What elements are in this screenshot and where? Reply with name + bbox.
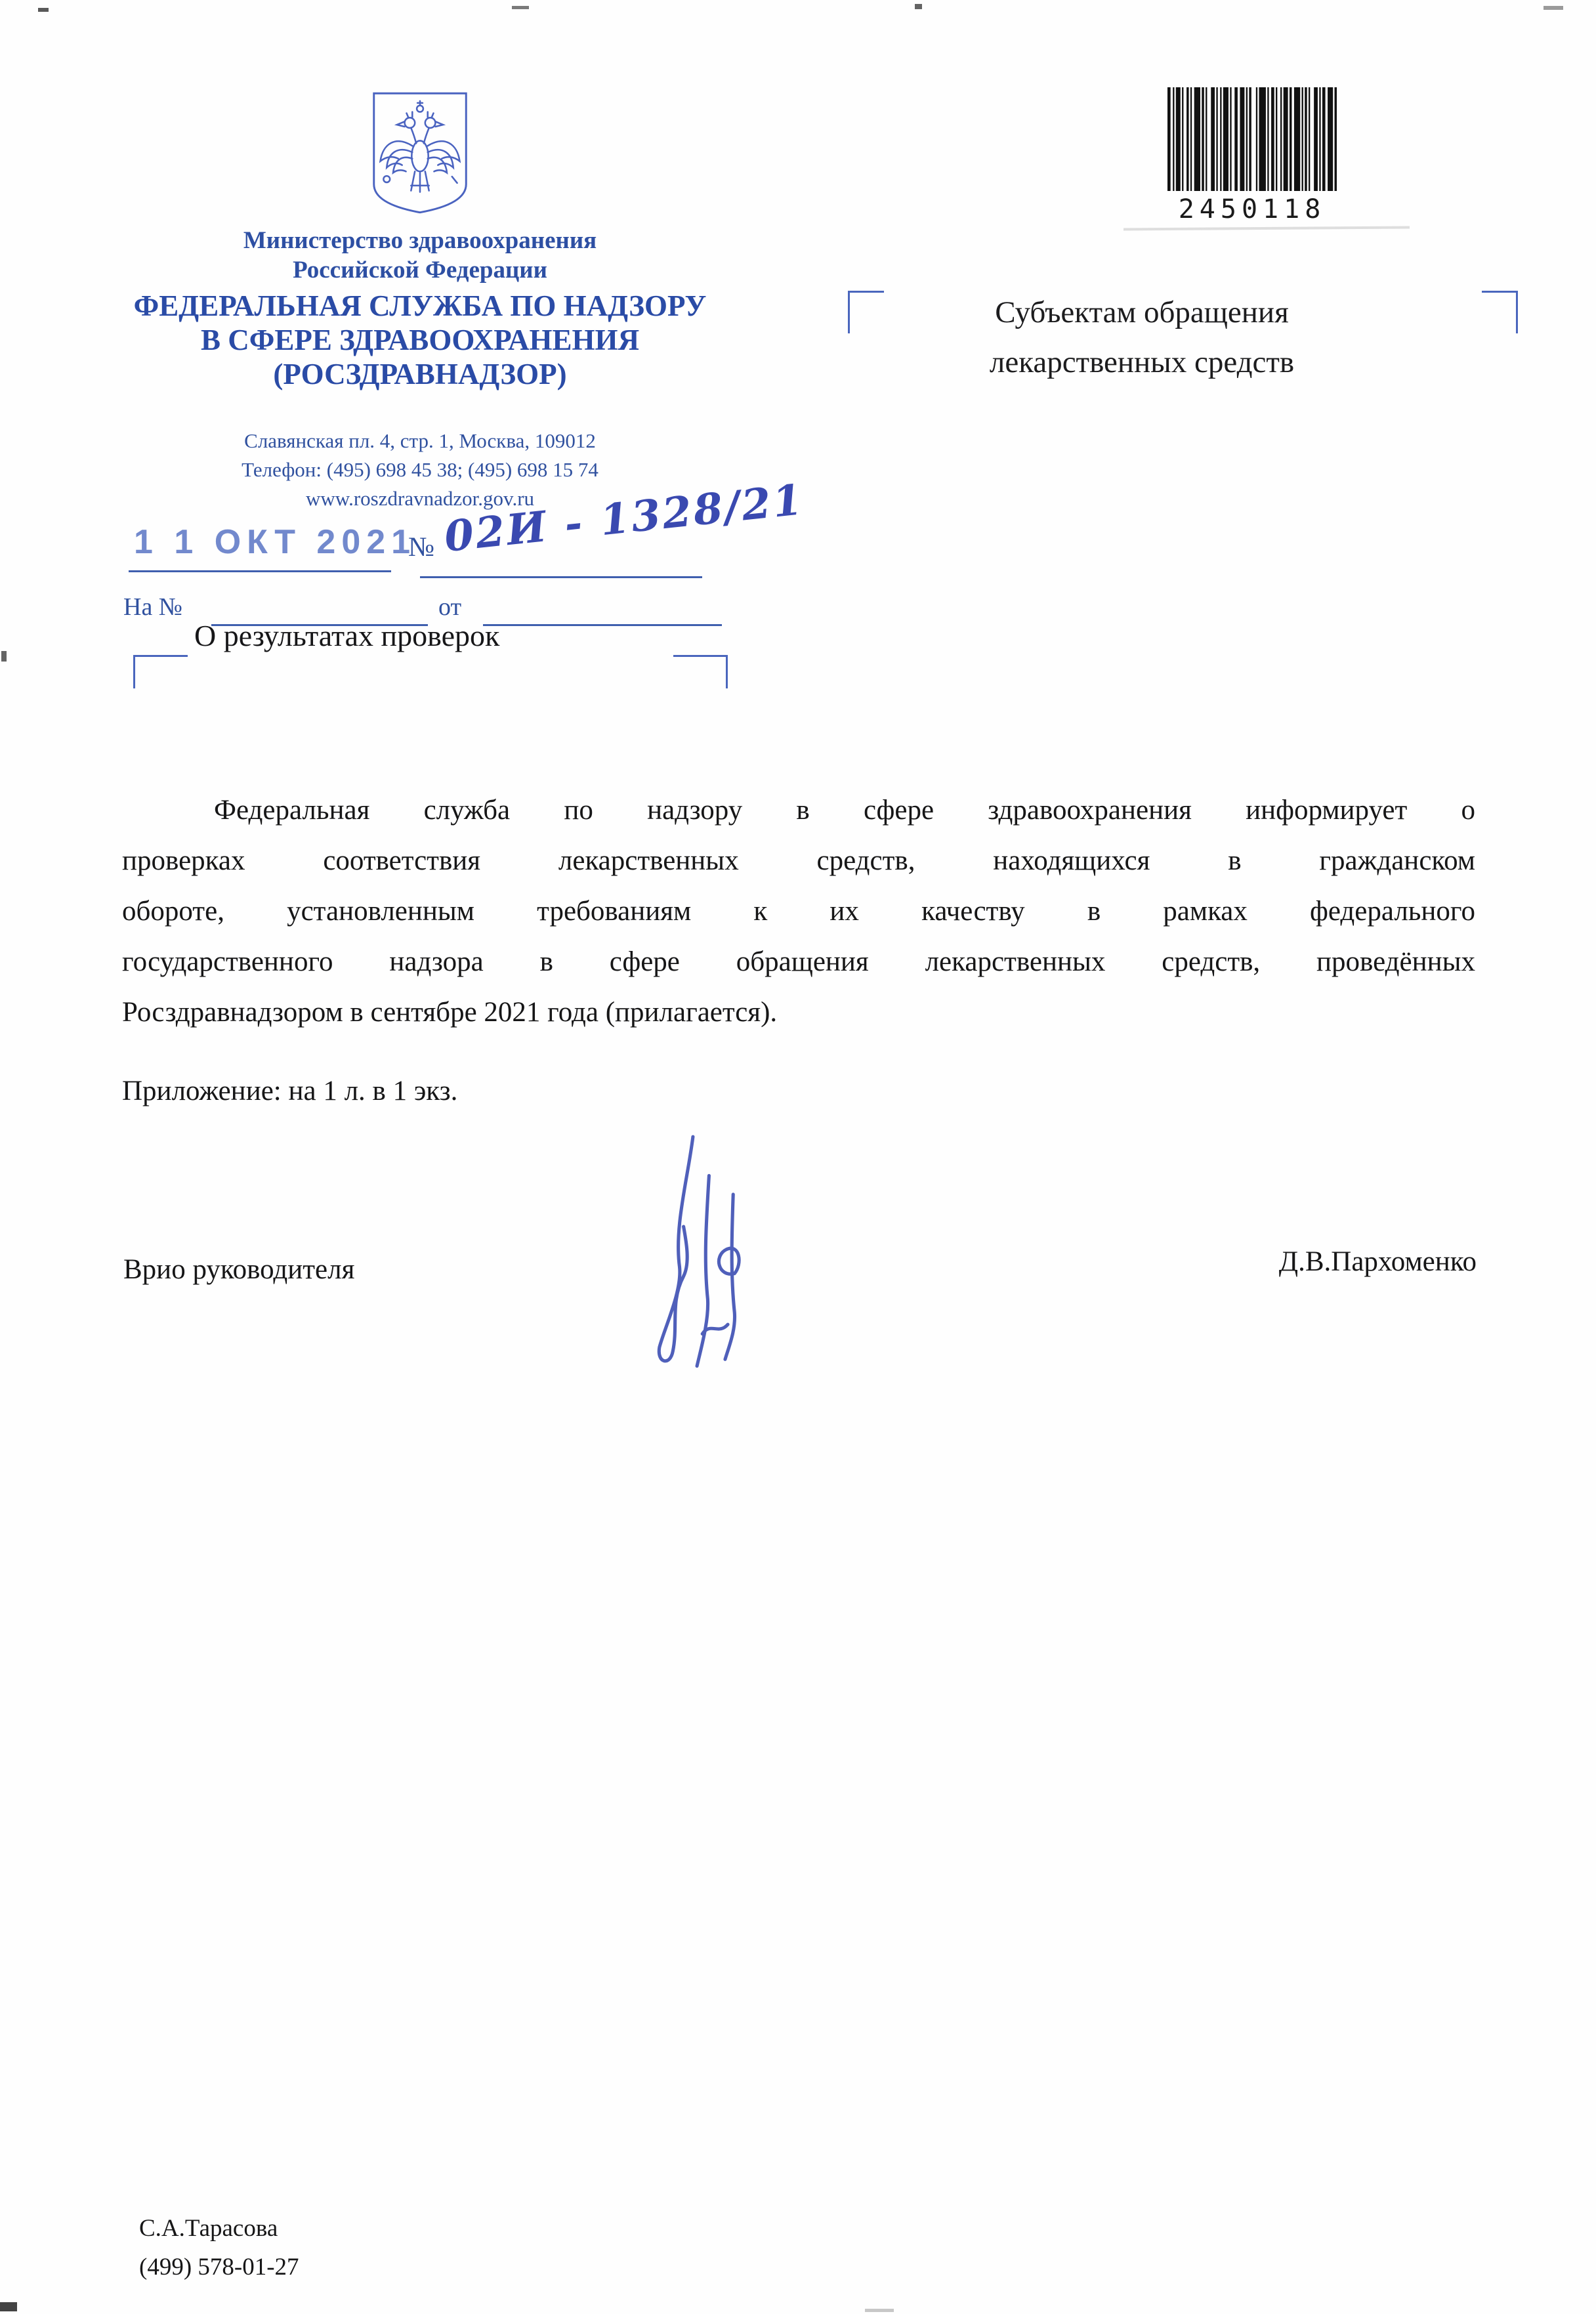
recipient-block: Субъектам обращения лекарственных средст… <box>886 287 1398 387</box>
number-sign: № <box>408 532 434 563</box>
recipient-line2: лекарственных средств <box>886 337 1398 387</box>
agency-line1: ФЕДЕРАЛЬНАЯ СЛУЖБА ПО НАДЗОРУ <box>98 289 742 323</box>
date-underline <box>129 570 391 572</box>
agency-phone: Телефон: (495) 698 45 38; (495) 698 15 7… <box>98 455 742 484</box>
letter-page: Министерство здравоохранения Российской … <box>0 0 1596 2314</box>
body-line: обороте, установленным требованиям к их … <box>122 886 1475 936</box>
body-line: Росздравнадзором в сентябре 2021 года (п… <box>122 987 1475 1038</box>
scan-artifact <box>865 2309 894 2312</box>
recipient-line1: Субъектам обращения <box>886 287 1398 337</box>
scan-artifact <box>0 2302 17 2311</box>
attachment-line: Приложение: на 1 л. в 1 экз. <box>122 1075 457 1107</box>
subject-line: О результатах проверок <box>194 618 499 653</box>
recipient-corner-right <box>1482 291 1518 333</box>
scan-artifact <box>1 651 7 662</box>
scan-artifact <box>38 8 49 12</box>
agency-line3: (РОСЗДРАВНАДЗОР) <box>98 357 742 391</box>
signer-position: Врио руководителя <box>123 1253 354 1286</box>
executor-phone: (499) 578-01-27 <box>139 2248 299 2286</box>
agency-line2: В СФЕРЕ ЗДРАВООХРАНЕНИЯ <box>98 323 742 357</box>
executor-block: С.А.Тарасова (499) 578-01-27 <box>139 2209 299 2286</box>
recipient-corner-left <box>848 291 884 333</box>
scan-streak <box>1123 226 1410 230</box>
subject-corner-left <box>133 655 188 688</box>
scan-artifact <box>915 4 922 9</box>
scan-artifact <box>1543 6 1563 10</box>
scan-artifact <box>512 6 529 9</box>
body-paragraph: Федеральная служба по надзору в сфере зд… <box>122 785 1475 1038</box>
ot-label: от <box>438 593 461 621</box>
barcode-image <box>1167 87 1337 191</box>
barcode-number: 2450118 <box>1167 194 1337 224</box>
date-stamp: 1 1 ОКТ 2021 <box>134 522 416 562</box>
signature-ink <box>623 1133 768 1381</box>
body-line: Федеральная служба по надзору в сфере зд… <box>122 785 1475 835</box>
ministry-line2: Российской Федерации <box>98 255 742 285</box>
signer-name: Д.В.Пархоменко <box>1214 1246 1477 1278</box>
subject-corner-right <box>673 655 728 688</box>
ministry-line1: Министерство здравоохранения <box>98 226 742 255</box>
executor-name: С.А.Тарасова <box>139 2209 299 2248</box>
agency-name: ФЕДЕРАЛЬНАЯ СЛУЖБА ПО НАДЗОРУ В СФЕРЕ ЗД… <box>98 289 742 391</box>
na-no-label: На № <box>123 593 182 621</box>
agency-address: Славянская пл. 4, стр. 1, Москва, 109012 <box>98 427 742 455</box>
body-line: государственного надзора в сфере обращен… <box>122 936 1475 987</box>
ministry-name: Министерство здравоохранения Российской … <box>98 226 742 285</box>
coat-of-arms-icon <box>367 88 472 217</box>
number-underline <box>420 576 702 578</box>
body-line: проверках соответствия лекарственных сре… <box>122 835 1475 886</box>
incoming-date-underline <box>483 624 722 626</box>
